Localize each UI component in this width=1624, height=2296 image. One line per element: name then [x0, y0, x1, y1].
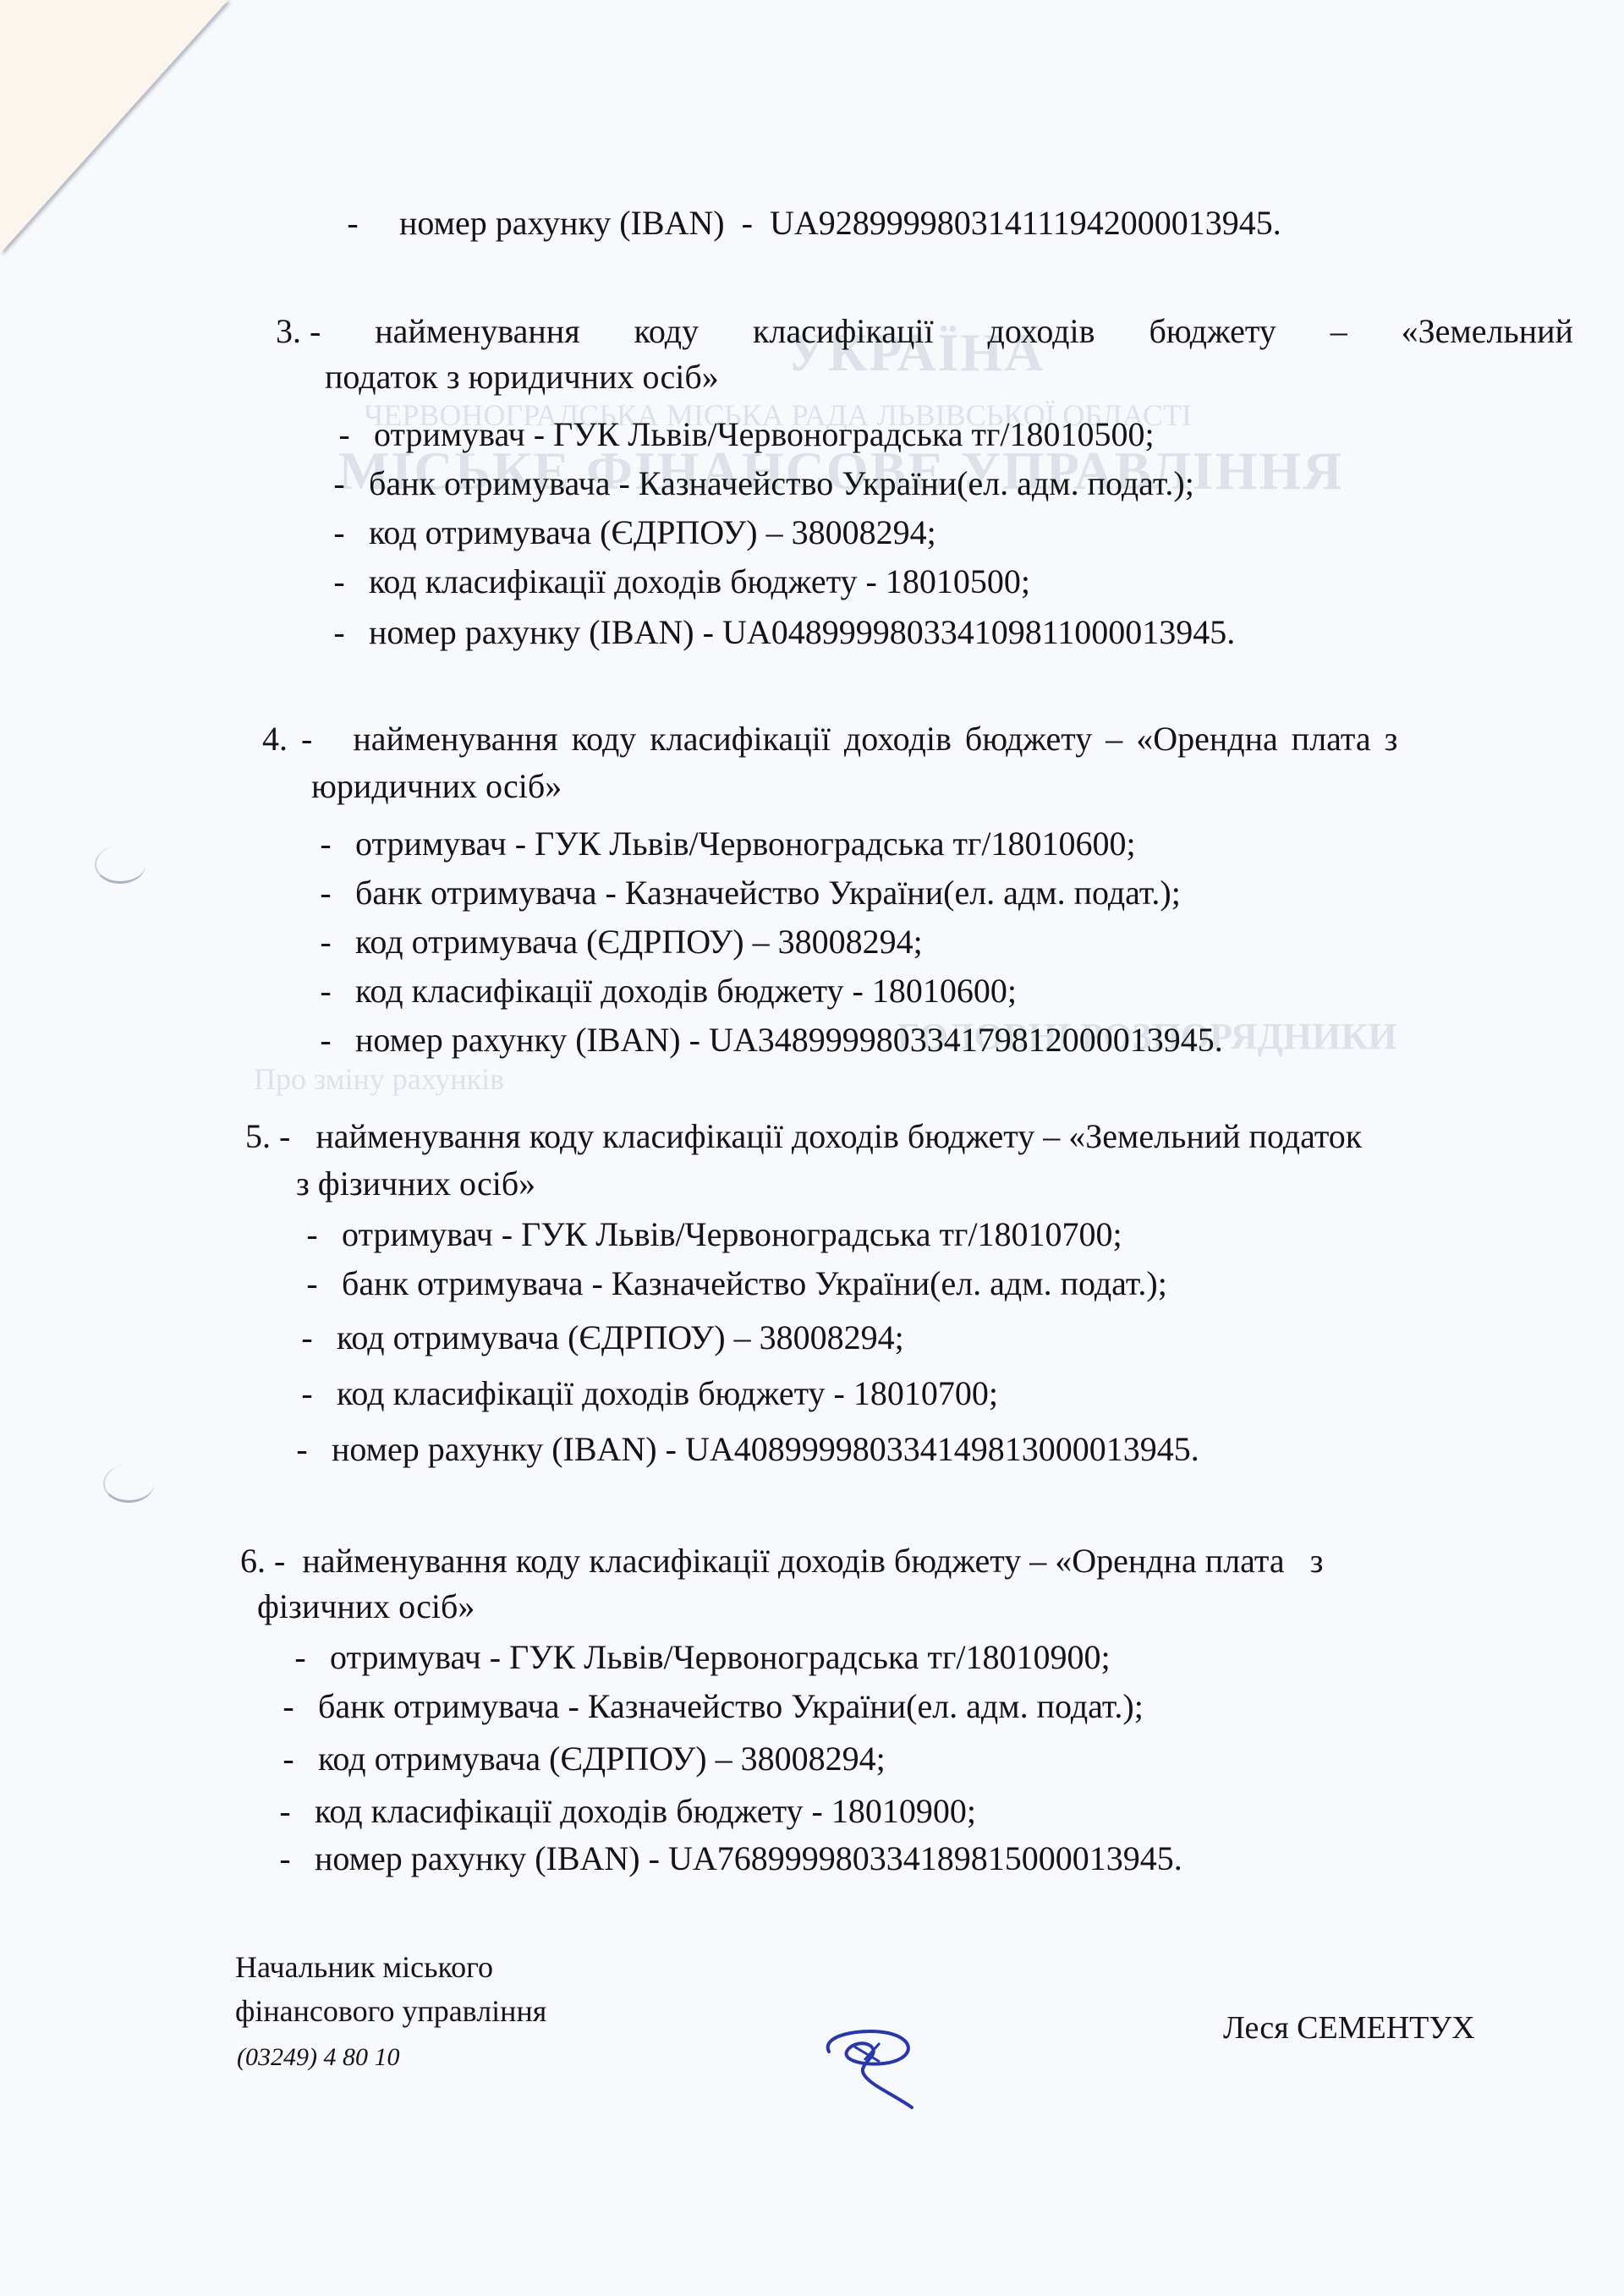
list-item: - код класифікації доходів бюджету - 180…: [304, 974, 1017, 1008]
section-title: 6. - найменування коду класифікації дохо…: [240, 1544, 1323, 1578]
folded-corner: [0, 0, 228, 254]
punch-hole-icon: [103, 1465, 154, 1503]
list-item: - код класифікації доходів бюджету - 180…: [264, 1795, 976, 1828]
list-item: - банк отримувача - Казначейство України…: [267, 1690, 1144, 1723]
section-title: 4. - найменування коду класифікації дохо…: [262, 722, 1397, 756]
signer-position: Начальник міського фінансового управлінн…: [235, 1945, 546, 2033]
list-item: - код класифікації доходів бюджету - 180…: [318, 565, 1030, 599]
list-item: - номер рахунку (IBAN) - UA0489999803341…: [318, 616, 1235, 649]
list-item: - код отримувача (ЄДРПОУ) – 38008294;: [267, 1742, 886, 1776]
list-item: - код отримувача (ЄДРПОУ) – 38008294;: [318, 516, 936, 550]
list-item: - отримувач - ГУК Львів/Червоноградська …: [323, 418, 1155, 452]
iban-label: номер рахунку (IBAN): [399, 204, 725, 242]
list-item: - банк отримувача - Казначейство України…: [318, 467, 1194, 501]
list-item: - код класифікації доходів бюджету - 180…: [286, 1377, 998, 1411]
list-item: - отримувач - ГУК Львів/Червоноградська …: [304, 827, 1136, 861]
phone-number: (03249) 4 80 10: [237, 2043, 399, 2072]
iban-value: UA928999980314111942000013945.: [770, 204, 1281, 242]
list-item: - банк отримувача - Казначейство України…: [291, 1267, 1167, 1301]
ghost-text: Про зміну рахунків: [254, 1061, 504, 1097]
bullet: -: [332, 206, 374, 240]
list-item: - код отримувача (ЄДРПОУ) – 38008294;: [286, 1321, 904, 1355]
handwritten-signature-icon: [812, 2026, 947, 2111]
list-item: - отримувач - ГУК Львів/Червоноградська …: [279, 1641, 1111, 1674]
punch-hole-icon: [95, 846, 145, 884]
list-item: - номер рахунку (IBAN) - UA3489999803341…: [304, 1023, 1223, 1057]
section-title-cont: податок з юридичних осіб»: [325, 360, 719, 394]
signer-name: Леся СЕМЕНТУХ: [1223, 2009, 1475, 2047]
list-item: - номер рахунку (IBAN) - UA7689999803341…: [264, 1842, 1182, 1876]
section-title-cont: фізичних осіб»: [257, 1590, 475, 1624]
section-title-cont: юридичних осіб»: [311, 770, 562, 803]
section-title: 3. - найменування коду класифікації дохо…: [276, 315, 1573, 348]
list-item: - отримувач - ГУК Львів/Червоноградська …: [291, 1218, 1122, 1252]
list-item: - код отримувача (ЄДРПОУ) – 38008294;: [304, 925, 923, 959]
section-title: 5. - найменування коду класифікації дохо…: [245, 1120, 1362, 1153]
section-title-cont: з фізичних осіб»: [296, 1167, 535, 1201]
iban-line: - номер рахунку (IBAN) - UA9289999803141…: [332, 206, 1281, 240]
list-item: - банк отримувача - Казначейство України…: [304, 876, 1181, 910]
list-item: - номер рахунку (IBAN) - UA4089999803341…: [281, 1433, 1199, 1466]
